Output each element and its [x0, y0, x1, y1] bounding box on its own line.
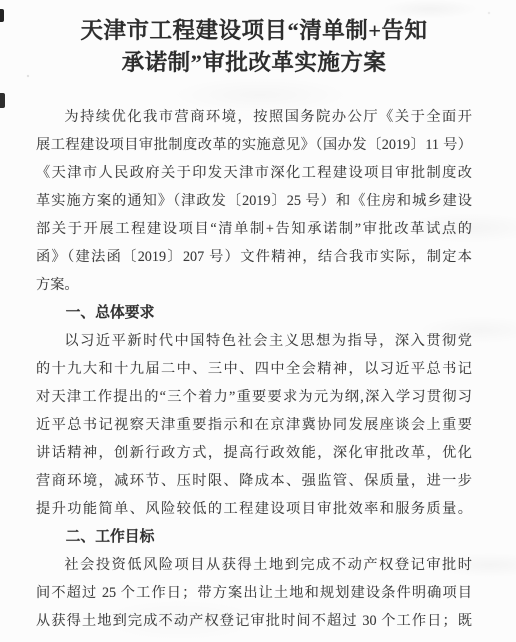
section-1-paragraph: 以习近平新时代中国特色社会主义思想为指导，深入贯彻党 的十九大和十九届二中、三中… [36, 327, 472, 523]
section-2-line-1: 社会投资低风险项目从获得土地到完成不动产权登记审批时 [36, 551, 472, 579]
section-2-line-2: 间不超过 25 个工作日；带方案出让土地和规划建设条件明确项目 [36, 579, 472, 607]
document-title-line-1: 天津市工程建设项目“清单制+告知 [36, 15, 472, 47]
document-title-line-2: 承诺制”审批改革实施方案 [36, 47, 472, 79]
intro-line-4: 革实施方案的通知》（津政发〔2019〕25 号）和《住房和城乡建设 [36, 187, 472, 215]
intro-line-6: 函》（建法函〔2019〕207 号）文件精神，结合我市实际，制定本 [36, 243, 472, 271]
intro-line-2: 展工程建设项目审批制度改革的实施意见》（国办发〔2019〕11 号） [36, 131, 472, 159]
section-2-line-3: 从获得土地到完成不动产权登记审批时间不超过 30 个工作日；既 [36, 607, 472, 635]
section-1-line-7: 提升功能简单、风险较低的工程建设项目审批效率和服务质量。 [36, 495, 472, 523]
section-2-heading: 二、工作目标 [36, 523, 472, 551]
section-1-heading: 一、总体要求 [36, 299, 472, 327]
scan-artifact-mark-middle [0, 93, 5, 108]
intro-line-3: 《天津市人民政府关于印发天津市深化工程建设项目审批制度改 [36, 159, 472, 187]
section-1-line-2: 的十九大和十九届二中、三中、四中全会精神，以习近平总书记 [36, 355, 472, 383]
section-1-line-6: 营商环境，减环节、压时限、降成本、强监管、保质量，进一步 [36, 467, 472, 495]
section-1-line-5: 讲话精神，创新行政方式，提高行政效能，深化审批改革，优化 [36, 439, 472, 467]
section-1-line-4: 近平总书记视察天津重要指示和在京津冀协同发展座谈会上重要 [36, 411, 472, 439]
intro-paragraph: 为持续优化我市营商环境，按照国务院办公厅《关于全面开 展工程建设项目审批制度改革… [36, 103, 472, 299]
intro-line-7: 方案。 [36, 271, 472, 299]
section-2-paragraph: 社会投资低风险项目从获得土地到完成不动产权登记审批时 间不超过 25 个工作日；… [36, 551, 472, 635]
scan-artifact-mark-top [0, 9, 4, 22]
section-1-line-1: 以习近平新时代中国特色社会主义思想为指导，深入贯彻党 [36, 327, 472, 355]
scanned-document-page: 天津市工程建设项目“清单制+告知 承诺制”审批改革实施方案 为持续优化我市营商环… [0, 0, 516, 642]
intro-line-5: 部关于开展工程建设项目“清单制+告知承诺制”审批改革试点的 [36, 215, 472, 243]
document-title: 天津市工程建设项目“清单制+告知 承诺制”审批改革实施方案 [36, 15, 472, 79]
section-1-line-3: 对天津工作提出的“三个着力”重要要求为元为纲,深入学习贯彻习 [36, 383, 472, 411]
intro-line-1: 为持续优化我市营商环境，按照国务院办公厅《关于全面开 [36, 103, 472, 131]
